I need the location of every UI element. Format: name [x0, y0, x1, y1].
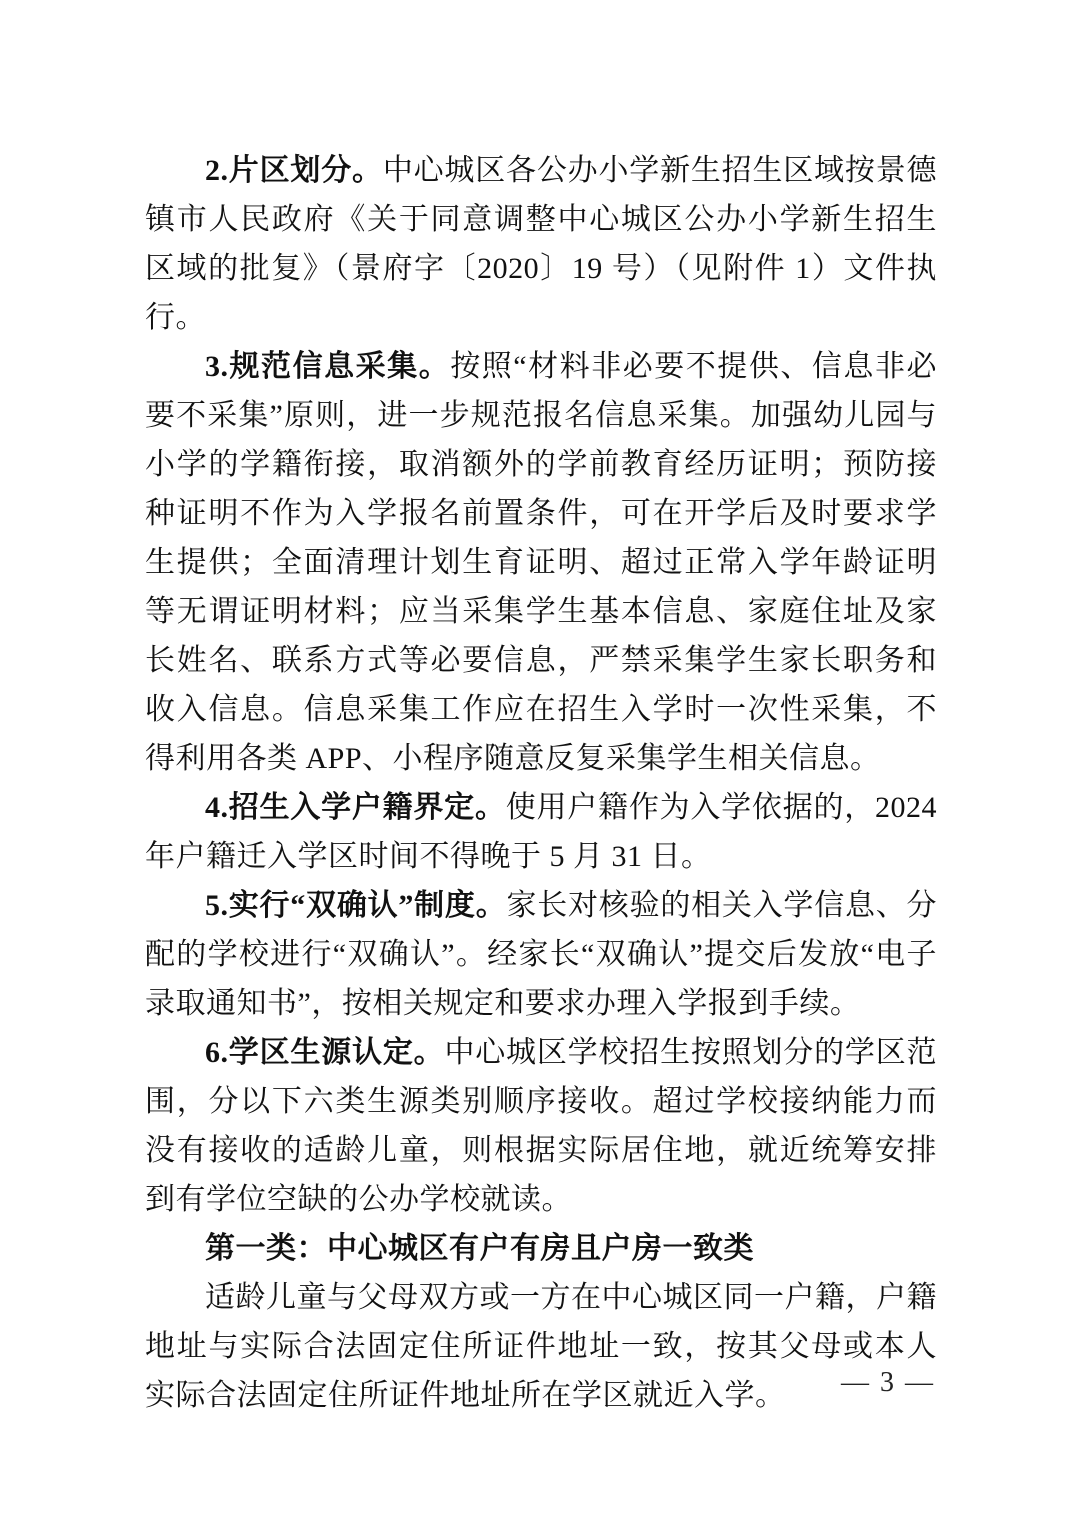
- paragraph-section-4: 4.招生入学户籍界定。使用户籍作为入学依据的，2024 年户籍迁入学区时间不得晚…: [145, 783, 937, 881]
- paragraph-section-6: 6.学区生源认定。中心城区学校招生按照划分的学区范围，分以下六类生源类别顺序接收…: [145, 1028, 937, 1224]
- paragraph-lead: 5.实行“双确认”制度。: [205, 889, 506, 922]
- paragraph-lead: 2.片区划分。: [205, 154, 383, 187]
- paragraph-lead: 4.招生入学户籍界定。: [205, 791, 506, 824]
- paragraph-section-2: 2.片区划分。中心城区各公办小学新生招生区域按景德镇市人民政府《关于同意调整中心…: [145, 146, 937, 342]
- category-1-heading: 第一类：中心城区有户有房且户房一致类: [145, 1224, 937, 1273]
- paragraph-section-3: 3.规范信息采集。按照“材料非必要不提供、信息非必要不采集”原则，进一步规范报名…: [145, 342, 937, 783]
- paragraph-text: 按照“材料非必要不提供、信息非必要不采集”原则，进一步规范报名信息采集。加强幼儿…: [145, 350, 937, 775]
- paragraph-lead: 3.规范信息采集。: [205, 350, 450, 383]
- document-body: 2.片区划分。中心城区各公办小学新生招生区域按景德镇市人民政府《关于同意调整中心…: [145, 146, 937, 1420]
- paragraph-lead: 6.学区生源认定。: [205, 1036, 444, 1069]
- document-page: 2.片区划分。中心城区各公办小学新生招生区域按景德镇市人民政府《关于同意调整中心…: [0, 0, 1074, 1520]
- page-number: — 3 —: [841, 1366, 935, 1400]
- paragraph-section-5: 5.实行“双确认”制度。家长对核验的相关入学信息、分配的学校进行“双确认”。经家…: [145, 881, 937, 1028]
- heading-text: 第一类：中心城区有户有房且户房一致类: [205, 1232, 754, 1265]
- paragraph-text: 适龄儿童与父母双方或一方在中心城区同一户籍，户籍地址与实际合法固定住所证件地址一…: [145, 1281, 937, 1412]
- paragraph-category-1-body: 适龄儿童与父母双方或一方在中心城区同一户籍，户籍地址与实际合法固定住所证件地址一…: [145, 1273, 937, 1420]
